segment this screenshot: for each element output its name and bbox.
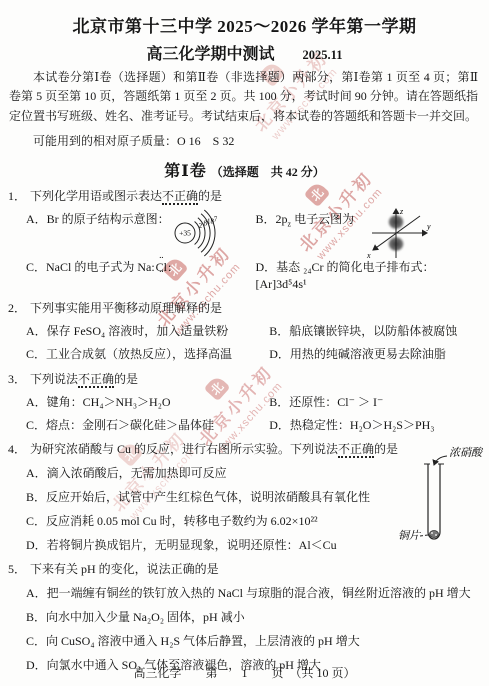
svg-text:z: z bbox=[399, 207, 404, 216]
q1-option-a: A．Br 的原子结构示意图： +35 2 8 18 7 bbox=[26, 211, 256, 261]
question-text: 下列事实能用平衡移动原理解释的是 bbox=[30, 300, 222, 317]
test-tube-diagram: 浓硝酸 铜片 bbox=[395, 443, 487, 553]
q2-option-c: C．工业合成氨（放热反应），选择高温 bbox=[26, 346, 269, 363]
exam-subtitle: 高三化学期中测试2025.11 bbox=[0, 41, 489, 64]
atomic-mass-note: 可能用到的相对原子质量：O 16 S 32 bbox=[9, 132, 478, 149]
exam-name: 高三化学期中测试 bbox=[147, 46, 275, 63]
q5-option-c: C．向 CuSO₄ 溶液中通入 H₂S 气体后静置，上层清液的 pH 增大 bbox=[8, 633, 485, 650]
svg-text:+35: +35 bbox=[179, 229, 191, 238]
exam-instructions: 本试卷分第Ⅰ卷（选择题）和第Ⅱ卷（非选择题）两部分，第Ⅰ卷第 1 页至 4 页；… bbox=[9, 68, 478, 126]
q4-option-c: C．反应消耗 0.05 mol Cu 时，转移电子数约为 6.02×10²² bbox=[8, 513, 393, 530]
q5-option-a: A．把一端缠有铜丝的铁钉放入热的 NaCl 与琼脂的混合液，铜丝附近溶液的 pH… bbox=[8, 585, 485, 602]
svg-text:2: 2 bbox=[198, 222, 202, 230]
question-text: 为研究浓硝酸与 Cu 的反应，进行右图所示实验。下列说法不正确的是 bbox=[30, 441, 398, 458]
question-2-stem: 2． 下列事实能用平衡移动原理解释的是 bbox=[8, 300, 485, 317]
question-1-stem: 1． 下列化学用语或图示表达不正确的是 bbox=[8, 188, 485, 205]
q1-option-b: B．2pz 电子云图为 bbox=[256, 211, 486, 261]
svg-text:铜片: 铜片 bbox=[398, 529, 422, 542]
question-number: 3． bbox=[8, 371, 26, 388]
page-title: 北京市第十三中学 2025～2026 学年第一学期 bbox=[8, 12, 481, 37]
section-title: 第Ⅰ卷 bbox=[164, 163, 207, 180]
q2-option-b: B．船底镶嵌锌块，以防船体被腐蚀 bbox=[269, 323, 485, 340]
question-text: 下来有关 pH 的变化，说法正确的是 bbox=[30, 561, 219, 578]
svg-text:浓硝酸: 浓硝酸 bbox=[449, 446, 484, 459]
q4-option-a: A．滴入浓硝酸后，无需加热即可反应 bbox=[8, 465, 393, 482]
q5-option-b: B．向水中加入少量 Na₂O₂ 固体，pH 减小 bbox=[8, 609, 485, 626]
question-text: 下列化学用语或图示表达不正确的是 bbox=[30, 188, 222, 205]
q2-option-a: A．保存 FeSO₄ 溶液时，加入适量铁粉 bbox=[26, 323, 269, 340]
exam-date: 2025.11 bbox=[303, 48, 343, 62]
q4-option-b: B．反应开始后，试管中产生红棕色气体，说明浓硝酸具有氧化性 bbox=[8, 489, 393, 506]
section-heading: 第Ⅰ卷（选择题 共 42 分） bbox=[0, 158, 489, 181]
svg-text:7: 7 bbox=[213, 216, 217, 224]
q3-option-d: D．热稳定性：H₂O＞H₂S＞PH₃ bbox=[269, 417, 485, 434]
q2-option-d: D．用热的纯碱溶液更易去除油脂 bbox=[269, 346, 485, 363]
q3-option-c: C．熔点：金刚石＞碳化硅＞晶体硅 bbox=[26, 417, 269, 434]
q1-option-d: D．基态 ₂₄Cr 的简化电子排布式：[Ar]3d⁵4s¹ bbox=[256, 259, 486, 293]
exam-page: 北 北京小升初 www.xschu.com 北 北京小升初 www.xschu.… bbox=[0, 0, 489, 686]
q4-option-d: D．若将铜片换成铝片，无明显现象，说明还原性：Al＜Cu bbox=[8, 537, 393, 554]
section-subtitle: （选择题 共 42 分） bbox=[211, 165, 325, 179]
question-5: 5． 下来有关 pH 的变化，说法正确的是 A．把一端缠有铜丝的铁钉放入热的 N… bbox=[8, 561, 485, 674]
question-text: 下列说法不正确的是 bbox=[30, 371, 138, 388]
q1-option-c: C．NaCl 的电子式为 Na:Cl: bbox=[26, 259, 256, 293]
question-3-stem: 3． 下列说法不正确的是 bbox=[8, 371, 485, 388]
question-4: 4． 为研究浓硝酸与 Cu 的反应，进行右图所示实验。下列说法不正确的是 A．滴… bbox=[8, 441, 485, 554]
question-5-stem: 5． 下来有关 pH 的变化，说法正确的是 bbox=[8, 561, 485, 578]
question-number: 2． bbox=[8, 300, 26, 317]
question-2: 2． 下列事实能用平衡移动原理解释的是 A．保存 FeSO₄ 溶液时，加入适量铁… bbox=[8, 300, 485, 363]
electron-cloud-diagram: z y x bbox=[358, 205, 434, 261]
question-3: 3． 下列说法不正确的是 A．键角：CH₄＞NH₃＞H₂O B．还原性：Cl⁻ … bbox=[8, 371, 485, 434]
footer-page-info: 高三化学 第 1 页 （共 10 页） bbox=[0, 664, 489, 681]
q3-option-b: B．还原性：Cl⁻ ＞ I⁻ bbox=[269, 394, 485, 411]
question-number: 4． bbox=[8, 441, 26, 458]
question-number: 1． bbox=[8, 188, 26, 205]
question-1: 1． 下列化学用语或图示表达不正确的是 A．Br 的原子结构示意图： +35 2… bbox=[8, 188, 485, 293]
bromine-atom-diagram: +35 2 8 18 7 bbox=[172, 208, 228, 258]
svg-text:y: y bbox=[426, 222, 431, 231]
question-number: 5． bbox=[8, 561, 26, 578]
q3-option-a: A．键角：CH₄＞NH₃＞H₂O bbox=[26, 394, 269, 411]
